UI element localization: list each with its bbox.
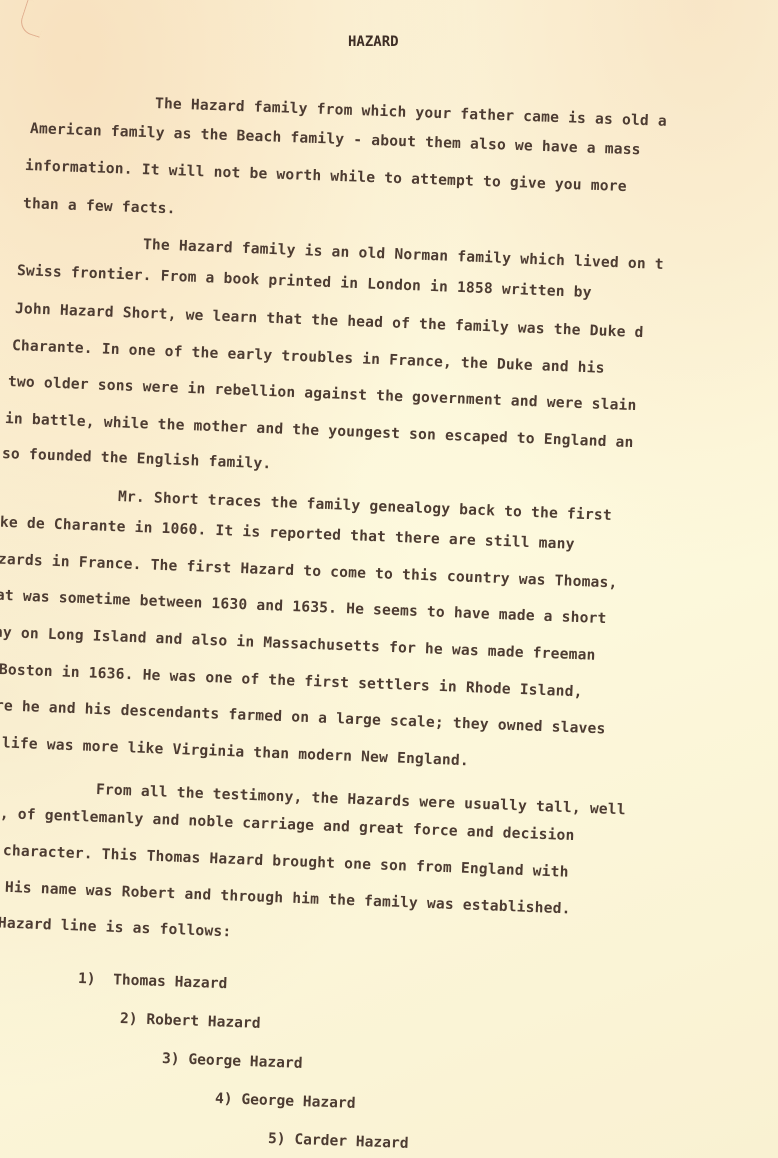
lineage-number: 3) [162, 1050, 180, 1068]
lineage-number: 2) [120, 1010, 138, 1028]
lineage-number: 4) [215, 1090, 233, 1108]
lineage-number: 1) [78, 970, 96, 988]
lineage-number: 5) [268, 1130, 286, 1148]
page-title: HAZARD [348, 34, 399, 50]
